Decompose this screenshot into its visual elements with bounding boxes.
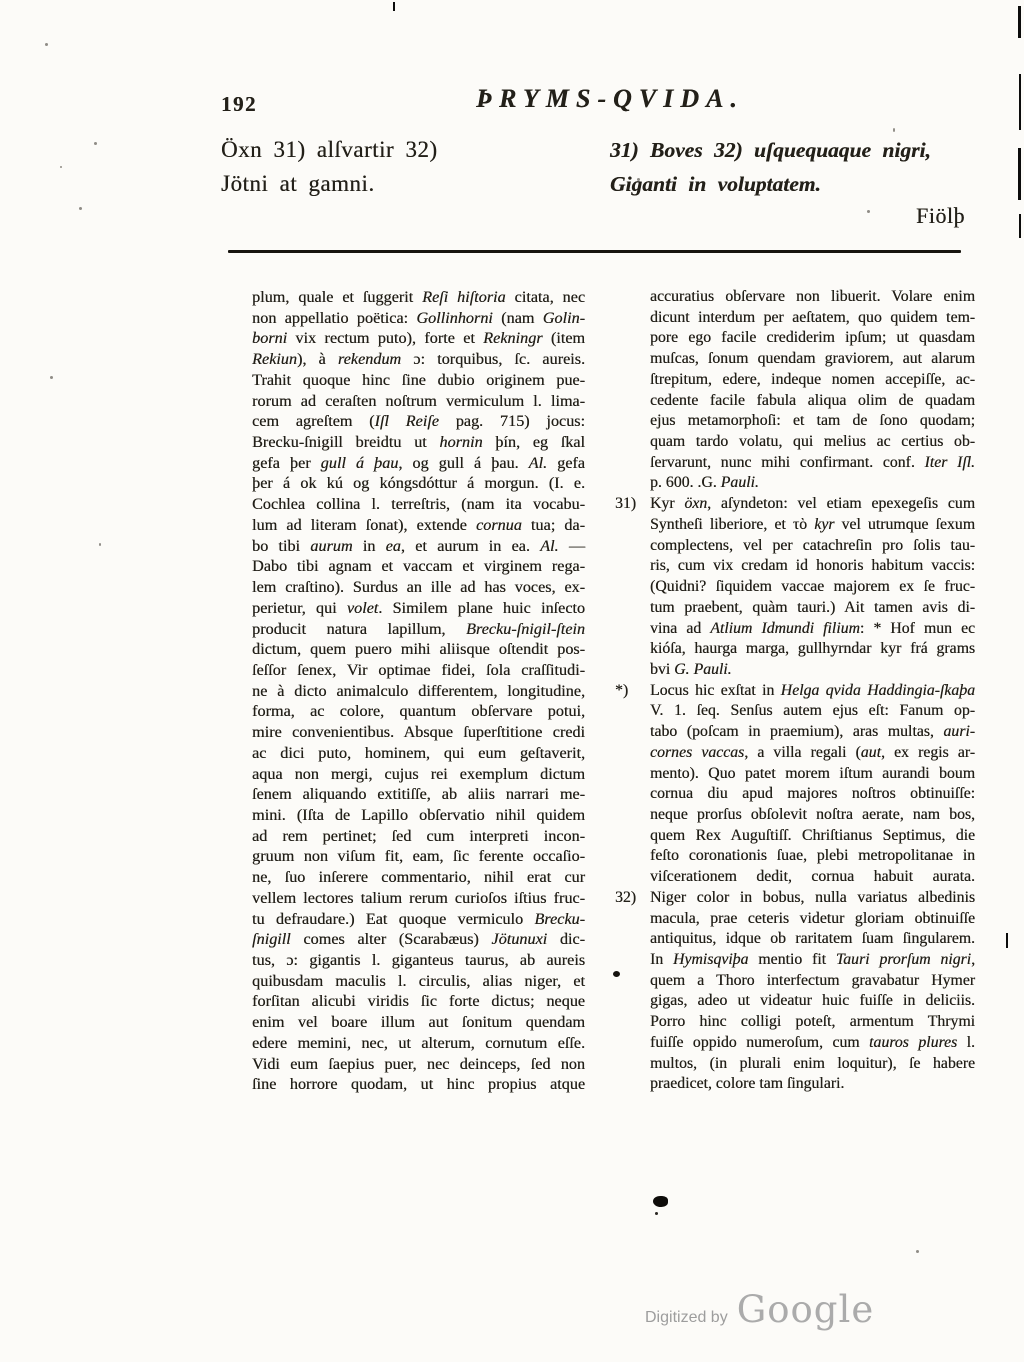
text-line: non appellatio poëtica: Gollinhorni (nam… [252, 308, 585, 329]
text-line: quam tardo volatu, qui melius ac certius… [650, 432, 975, 453]
text-line: Trahit quoque hinc ſine dubio originem p… [252, 370, 585, 391]
left-column: plum, quale et ſuggerit Reſi hiſtoria ci… [252, 287, 585, 1095]
text-line: accuratius obſervare non libuerit. Volar… [650, 287, 975, 308]
text-line: Dabo tibi agnam et vaccam et virginem re… [252, 556, 585, 577]
paper-speck [893, 128, 895, 132]
text-line: plum, quale et ſuggerit Reſi hiſtoria ci… [252, 287, 585, 308]
text-line: mento). Quo patet morem iſtum aurandi bo… [650, 764, 975, 785]
edge-mark [1006, 933, 1008, 948]
text-line: p. 600. .G. Pauli. [650, 473, 975, 494]
text-line: V. 1. ſeq. Senſus autem ejus eſt: Fanum … [650, 701, 975, 722]
text-line: *)Locus hic exſtat in Helga qvida Haddin… [650, 681, 975, 702]
catchword: Fiölþ [855, 203, 965, 229]
text-line: multos, (in plurali enim loquitur), ſe h… [650, 1054, 975, 1075]
edge-mark [1018, 148, 1021, 200]
verse-right: 31) Boves 32) uſquequaque nigri, Giganti… [610, 133, 931, 201]
text-line: 32)Niger color in bobus, nulla variatus … [650, 888, 975, 909]
text-line: perietur, qui volet. Similem plane huic … [252, 598, 585, 619]
text-line: enim vel boare illum aut ſonitum quendam [252, 1012, 585, 1033]
edge-mark [393, 2, 395, 11]
verse-line: 31) Boves 32) uſquequaque nigri, [610, 133, 931, 167]
text-line: gruum non viſum fit, eam, ſic ferente oc… [252, 846, 585, 867]
google-logo: Google [737, 1288, 875, 1331]
text-line: In Hymisqviþa mentio fit Tauri prorſum n… [650, 950, 975, 971]
text-line: cornua diu apud majores noſtros obtinuiſ… [650, 784, 975, 805]
text-line: ejus metamorphoſi: et tam de ſono quodam… [650, 411, 975, 432]
text-line: tabo (poſcam in praemium), aras multas, … [650, 722, 975, 743]
text-line: antiquitus, idque ob raritatem ſuam ſing… [650, 929, 975, 950]
text-line: macula, prae ceteris videtur gloriam obt… [650, 909, 975, 930]
book-page: 192 ÞRYMS-QVIDA. Öxn 31) alſvartir 32) J… [0, 0, 1024, 1362]
right-column: accuratius obſervare non libuerit. Volar… [615, 287, 975, 1095]
text-line: tu defraudare.) Eat quoque vermiculo Bre… [252, 909, 585, 930]
text-line: neque prorſus obſolevit noſtra aerate, n… [650, 805, 975, 826]
text-line: dicunt interdum per aeſtatem, quo quidem… [650, 308, 975, 329]
text-line: 31)Kyr öxn, aſyndeton: vel etiam epexege… [650, 494, 975, 515]
text-line: ſervarunt, nunc mihi confirmant. conf. I… [650, 453, 975, 474]
text-line: kióſa, haurga marga, gullhyrndar kyr frá… [650, 639, 975, 660]
text-line: (Quidni? ſiquidem vaccae majorem ex ſe f… [650, 577, 975, 598]
text-line: complectens, vel per catachreſin pro ſol… [650, 536, 975, 557]
text-line: ſenem aliquando extitiſſe, ab aliis narr… [252, 784, 585, 805]
text-line: ac dici puto, hominem, qui eum geſtaveri… [252, 743, 585, 764]
paper-speck [916, 1250, 919, 1253]
text-line: ne, ſuo inſerere commentario, nihil erat… [252, 867, 585, 888]
text-line: feſto coronationis ſuae, plebi metropoli… [650, 846, 975, 867]
paper-speck [79, 207, 82, 210]
page-header-title: ÞRYMS-QVIDA. [420, 84, 800, 114]
text-line: gigas, adeo ut videatur huic fuiſſe in d… [650, 991, 975, 1012]
text-line: Cochlea collina l. terreſtris, (nam ita … [252, 494, 585, 515]
text-line: vina ad Atlium Idmundi filium: * Hof mun… [650, 619, 975, 640]
edge-mark [1018, 6, 1021, 38]
text-line: ris, cum vix credam id honoris habitum v… [650, 556, 975, 577]
text-line: ſtrepitum, edere, indeque nomen accepiſſ… [650, 370, 975, 391]
paper-speck [50, 376, 53, 379]
text-line: dictum, quem puero mihi aliisque oſtendi… [252, 639, 585, 660]
note-marker: 31) [615, 494, 647, 515]
text-line: lem craſtino). Surdus an ille ad has voc… [252, 577, 585, 598]
text-line: quem a Thoro interfectum gravabatur Hyme… [650, 971, 975, 992]
page-number: 192 [221, 92, 257, 117]
watermark-prefix: Digitized by [645, 1309, 728, 1327]
text-line: cornes vaccas, a villa regali (aut, ex r… [650, 743, 975, 764]
text-line: ſnigill comes alter (Scarabæus) Jötunuxi… [252, 929, 585, 950]
text-line: lum ad literam ſonat), extende cornua tu… [252, 515, 585, 536]
verse-line: Giganti in voluptatem. [610, 167, 931, 201]
text-line: praedicet, colore tam ſingulari. [650, 1074, 975, 1095]
text-line: ſeſſor ſenex, Vir optimae fidei, ſola cr… [252, 660, 585, 681]
text-line: producit natura lapillum, Brecku-ſnigil-… [252, 619, 585, 640]
text-line: forma, ac colore, quantum obſervare potu… [252, 701, 585, 722]
verse-line: Öxn 31) alſvartir 32) [221, 133, 437, 167]
text-line: Vidi eum ſaepius puer, nec deinceps, ſed… [252, 1054, 585, 1075]
text-line: Brecku-ſnigill breidtu ut hornin þín, eg… [252, 432, 585, 453]
text-line: bo tibi aurum in ea, et aurum in ea. Al.… [252, 536, 585, 557]
note-marker: 32) [615, 888, 647, 909]
edge-mark [1019, 74, 1021, 130]
text-line: bvi G. Pauli. [650, 660, 975, 681]
paper-speck [867, 210, 870, 213]
text-line: mire convenientibus. Absque ſuperſtition… [252, 722, 585, 743]
text-line: edere memini, nec, ut alterum, cornutum … [252, 1033, 585, 1054]
text-line: pore ego facile crediderim ipſum; ut qua… [650, 328, 975, 349]
text-line: quibusdam maculis l. circulis, alias nig… [252, 971, 585, 992]
text-line: fuiſſe oppido numeroſum, cum tauros plur… [650, 1033, 975, 1054]
verse-line: Jötni at gamni. [221, 167, 437, 201]
note-marker: *) [615, 681, 647, 702]
text-line: cem agreſtem (Iſl Reiſe pag. 715) jocus: [252, 411, 585, 432]
text-line: þer á ok kú og kóngsdóttur á morgun. (I.… [252, 473, 585, 494]
text-line: borni vix rectum puto), forte et Rekning… [252, 328, 585, 349]
text-line: cedente facile fabula aliqua olim de qua… [650, 391, 975, 412]
text-line: tum praebent, quàm tauri.) Ait tamen avi… [650, 598, 975, 619]
text-line: aqua non mergi, cujus rei exemplum dictu… [252, 764, 585, 785]
paper-speck [99, 543, 101, 546]
text-line: ad rem pertinet; ſed cum interpreti inco… [252, 826, 585, 847]
text-line: mini. (Iſta de Lapillo obſervatio nihil … [252, 805, 585, 826]
text-line: Porro hinc colligi poteſt, armentum Thry… [650, 1012, 975, 1033]
text-line: ne à dicto animalculo differentem, longi… [252, 681, 585, 702]
text-line: tus, ɔ: gigantis l. giganteus taurus, ab… [252, 950, 585, 971]
margin-bullet-mark [613, 971, 620, 977]
verse-left: Öxn 31) alſvartir 32) Jötni at gamni. [221, 133, 437, 201]
text-line: ſine horrore quodam, ut hinc propius atq… [252, 1074, 585, 1095]
text-line: viſcerationem dedit, cornua habuit aurat… [650, 867, 975, 888]
divider-rule [228, 250, 961, 253]
paper-speck [637, 178, 640, 181]
text-line: Syntheſi liberiore, et τὸ kyr vel utrumq… [650, 515, 975, 536]
text-line: vellem lectores talium rerum curioſos iſ… [252, 888, 585, 909]
google-watermark: Digitized by Google [645, 1288, 874, 1331]
text-line: forſitan alicubi viridis ſic forte dictu… [252, 991, 585, 1012]
paper-speck [94, 142, 97, 145]
paper-speck [60, 166, 62, 168]
text-line: muſcas, ſonum quendam graviorem, aut ala… [650, 349, 975, 370]
text-line: Rekiun), à rekendum ɔ: torquibus, ſc. au… [252, 349, 585, 370]
edge-mark [1019, 214, 1021, 238]
text-line: rorum ad ceraſten noſtrum vermiculum l. … [252, 391, 585, 412]
ink-blot [653, 1196, 668, 1207]
text-line: gefa þer gull á þau, og gull á þau. Al. … [252, 453, 585, 474]
paper-speck [45, 43, 48, 46]
text-line: quem Rex Auguſtiſſ. Chriſtianus Septimus… [650, 826, 975, 847]
